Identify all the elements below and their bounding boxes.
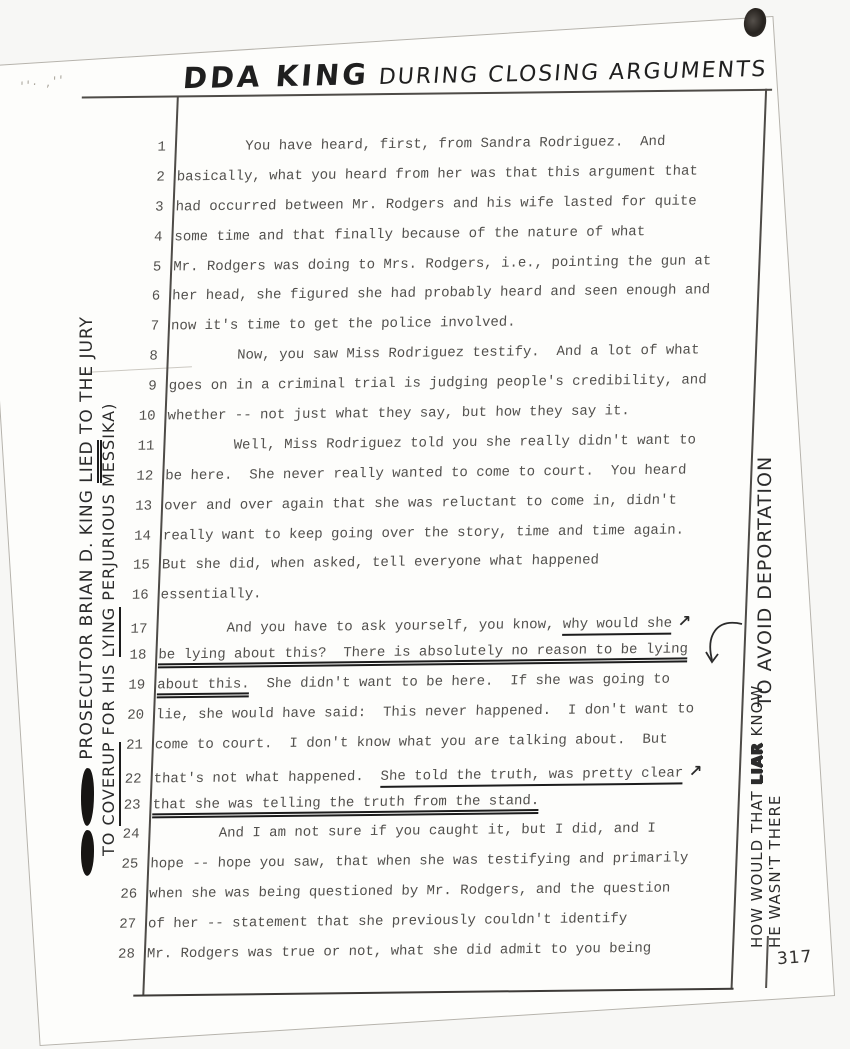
handwritten-arrow-icon bbox=[696, 616, 748, 672]
scribbled-out-word bbox=[81, 766, 94, 827]
line-number: 4 bbox=[124, 229, 175, 246]
line-number: 26 bbox=[99, 887, 150, 904]
left-margin-line1: PROSECUTOR BRIAN D. KING LIED TO THE JUR… bbox=[77, 318, 97, 878]
transcript-line: 28Mr. Rodgers was true or not, what she … bbox=[96, 940, 745, 977]
scribbled-out-word bbox=[81, 828, 94, 877]
left-margin-line2: TO COVERUP FOR HIS LYING PERJURIOUS MESS… bbox=[99, 318, 118, 856]
left-margin-annotation: PROSECUTOR BRIAN D. KING LIED TO THE JUR… bbox=[77, 318, 123, 878]
right-margin-bottom-line1: HOW WOULD THAT LIAR KNOW bbox=[748, 688, 766, 948]
line-number: 7 bbox=[121, 319, 172, 336]
page-number: 317 bbox=[776, 947, 813, 969]
scanned-transcript-page: { "title": { "main": "DDA KING", "rest":… bbox=[0, 0, 850, 1049]
line-number: 11 bbox=[116, 438, 167, 455]
right-margin-bottom-line2: HE WASN'T THERE bbox=[766, 688, 784, 948]
line-number: 8 bbox=[120, 349, 171, 366]
transcript-lines: 1 You have heard, first, from Sandra Rod… bbox=[96, 133, 776, 977]
line-number: 1 bbox=[128, 139, 179, 156]
right-margin-annotation-bottom: HOW WOULD THAT LIAR KNOW HE WASN'T THERE bbox=[748, 688, 792, 948]
line-number: 10 bbox=[117, 408, 168, 425]
right-margin-annotation-top: TO AVOID DEPORTATION bbox=[754, 407, 778, 707]
line-number: 3 bbox=[125, 199, 176, 216]
line-number: 2 bbox=[126, 169, 177, 186]
line-number: 9 bbox=[118, 379, 169, 396]
transcript-block: 1 You have heard, first, from Sandra Rod… bbox=[95, 85, 778, 1004]
line-number: 27 bbox=[98, 917, 149, 934]
handwritten-arrow-icon: ↗ bbox=[672, 612, 692, 631]
line-number: 5 bbox=[123, 259, 174, 276]
bottom-rule bbox=[133, 988, 733, 997]
line-number: 6 bbox=[122, 289, 173, 306]
handwritten-arrow-icon: ↗ bbox=[683, 761, 703, 780]
line-number: 28 bbox=[97, 946, 148, 963]
